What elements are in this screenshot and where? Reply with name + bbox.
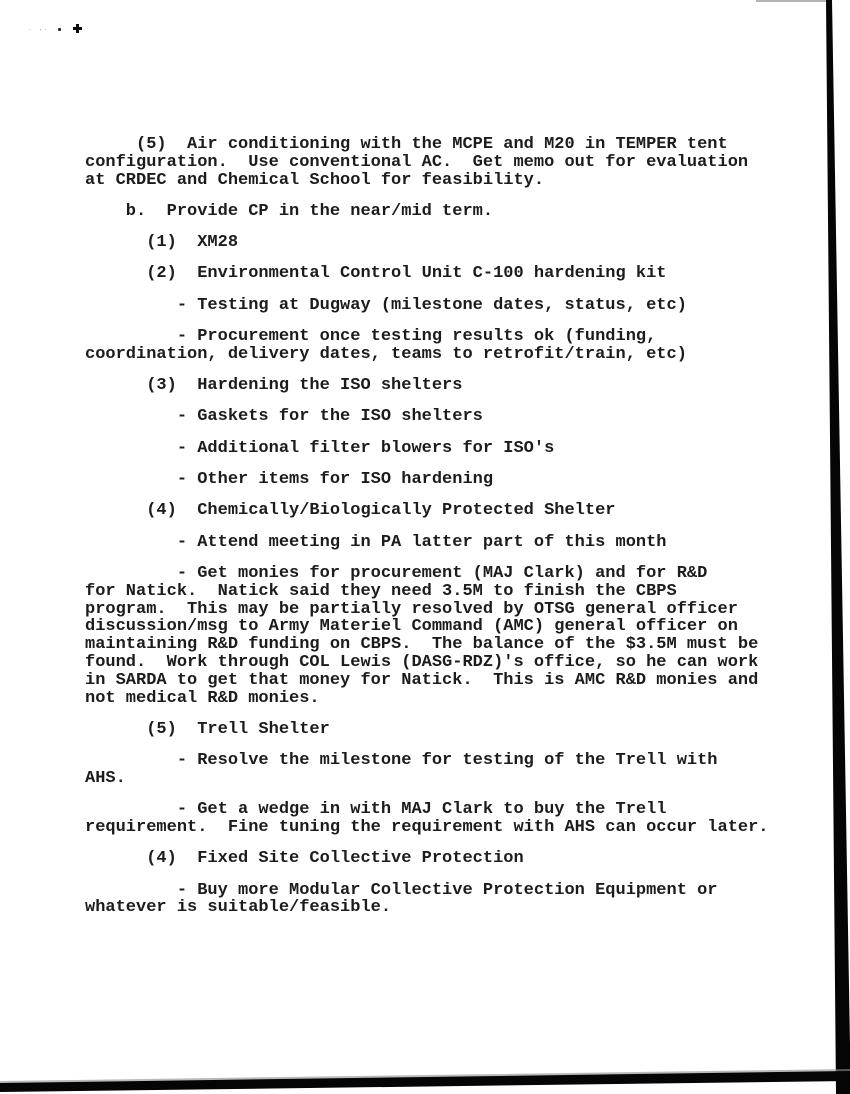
scan-speck-dot [58,28,61,31]
scan-edge-top-sliver [756,0,828,2]
para-get-monies-procurement: - Get monies for procurement (MAJ Clark)… [85,565,769,707]
scan-edge-bottom-fringe [0,1069,850,1084]
para-attend-meeting-pa: - Attend meeting in PA latter part of th… [85,534,769,552]
scan-speck-blob [76,24,79,33]
memo-text-block: (5) Air conditioning with the MCPE and M… [85,136,769,931]
scan-edge-bottom-bar [0,1071,850,1092]
para-other-items-iso: - Other items for ISO hardening [85,471,769,489]
para-2-environmental-control-unit: (2) Environmental Control Unit C-100 har… [85,265,769,283]
scan-speck-marks: . ,. [28,24,49,32]
para-buy-modular-cpe: - Buy more Modular Collective Protection… [85,882,769,918]
para-5-air-conditioning: (5) Air conditioning with the MCPE and M… [85,136,769,189]
para-get-wedge-maj-clark: - Get a wedge in with MAJ Clark to buy t… [85,801,769,837]
para-1-xm28: (1) XM28 [85,234,769,252]
para-additional-filter-blowers: - Additional filter blowers for ISO's [85,440,769,458]
para-5-trell-shelter: (5) Trell Shelter [85,721,769,739]
scan-edge-right-bar [826,0,850,1094]
scanned-page: . ,. (5) Air conditioning with the MCPE … [0,0,850,1094]
para-4-fixed-site-cp: (4) Fixed Site Collective Protection [85,850,769,868]
para-3-hardening-iso-shelters: (3) Hardening the ISO shelters [85,377,769,395]
para-testing-at-dugway: - Testing at Dugway (milestone dates, st… [85,297,769,315]
para-gaskets-iso: - Gaskets for the ISO shelters [85,408,769,426]
para-procurement-once-testing: - Procurement once testing results ok (f… [85,328,769,364]
para-b-provide-cp: b. Provide CP in the near/mid term. [85,203,769,221]
para-resolve-milestone-trell: - Resolve the milestone for testing of t… [85,752,769,788]
para-4-cb-protected-shelter: (4) Chemically/Biologically Protected Sh… [85,502,769,520]
